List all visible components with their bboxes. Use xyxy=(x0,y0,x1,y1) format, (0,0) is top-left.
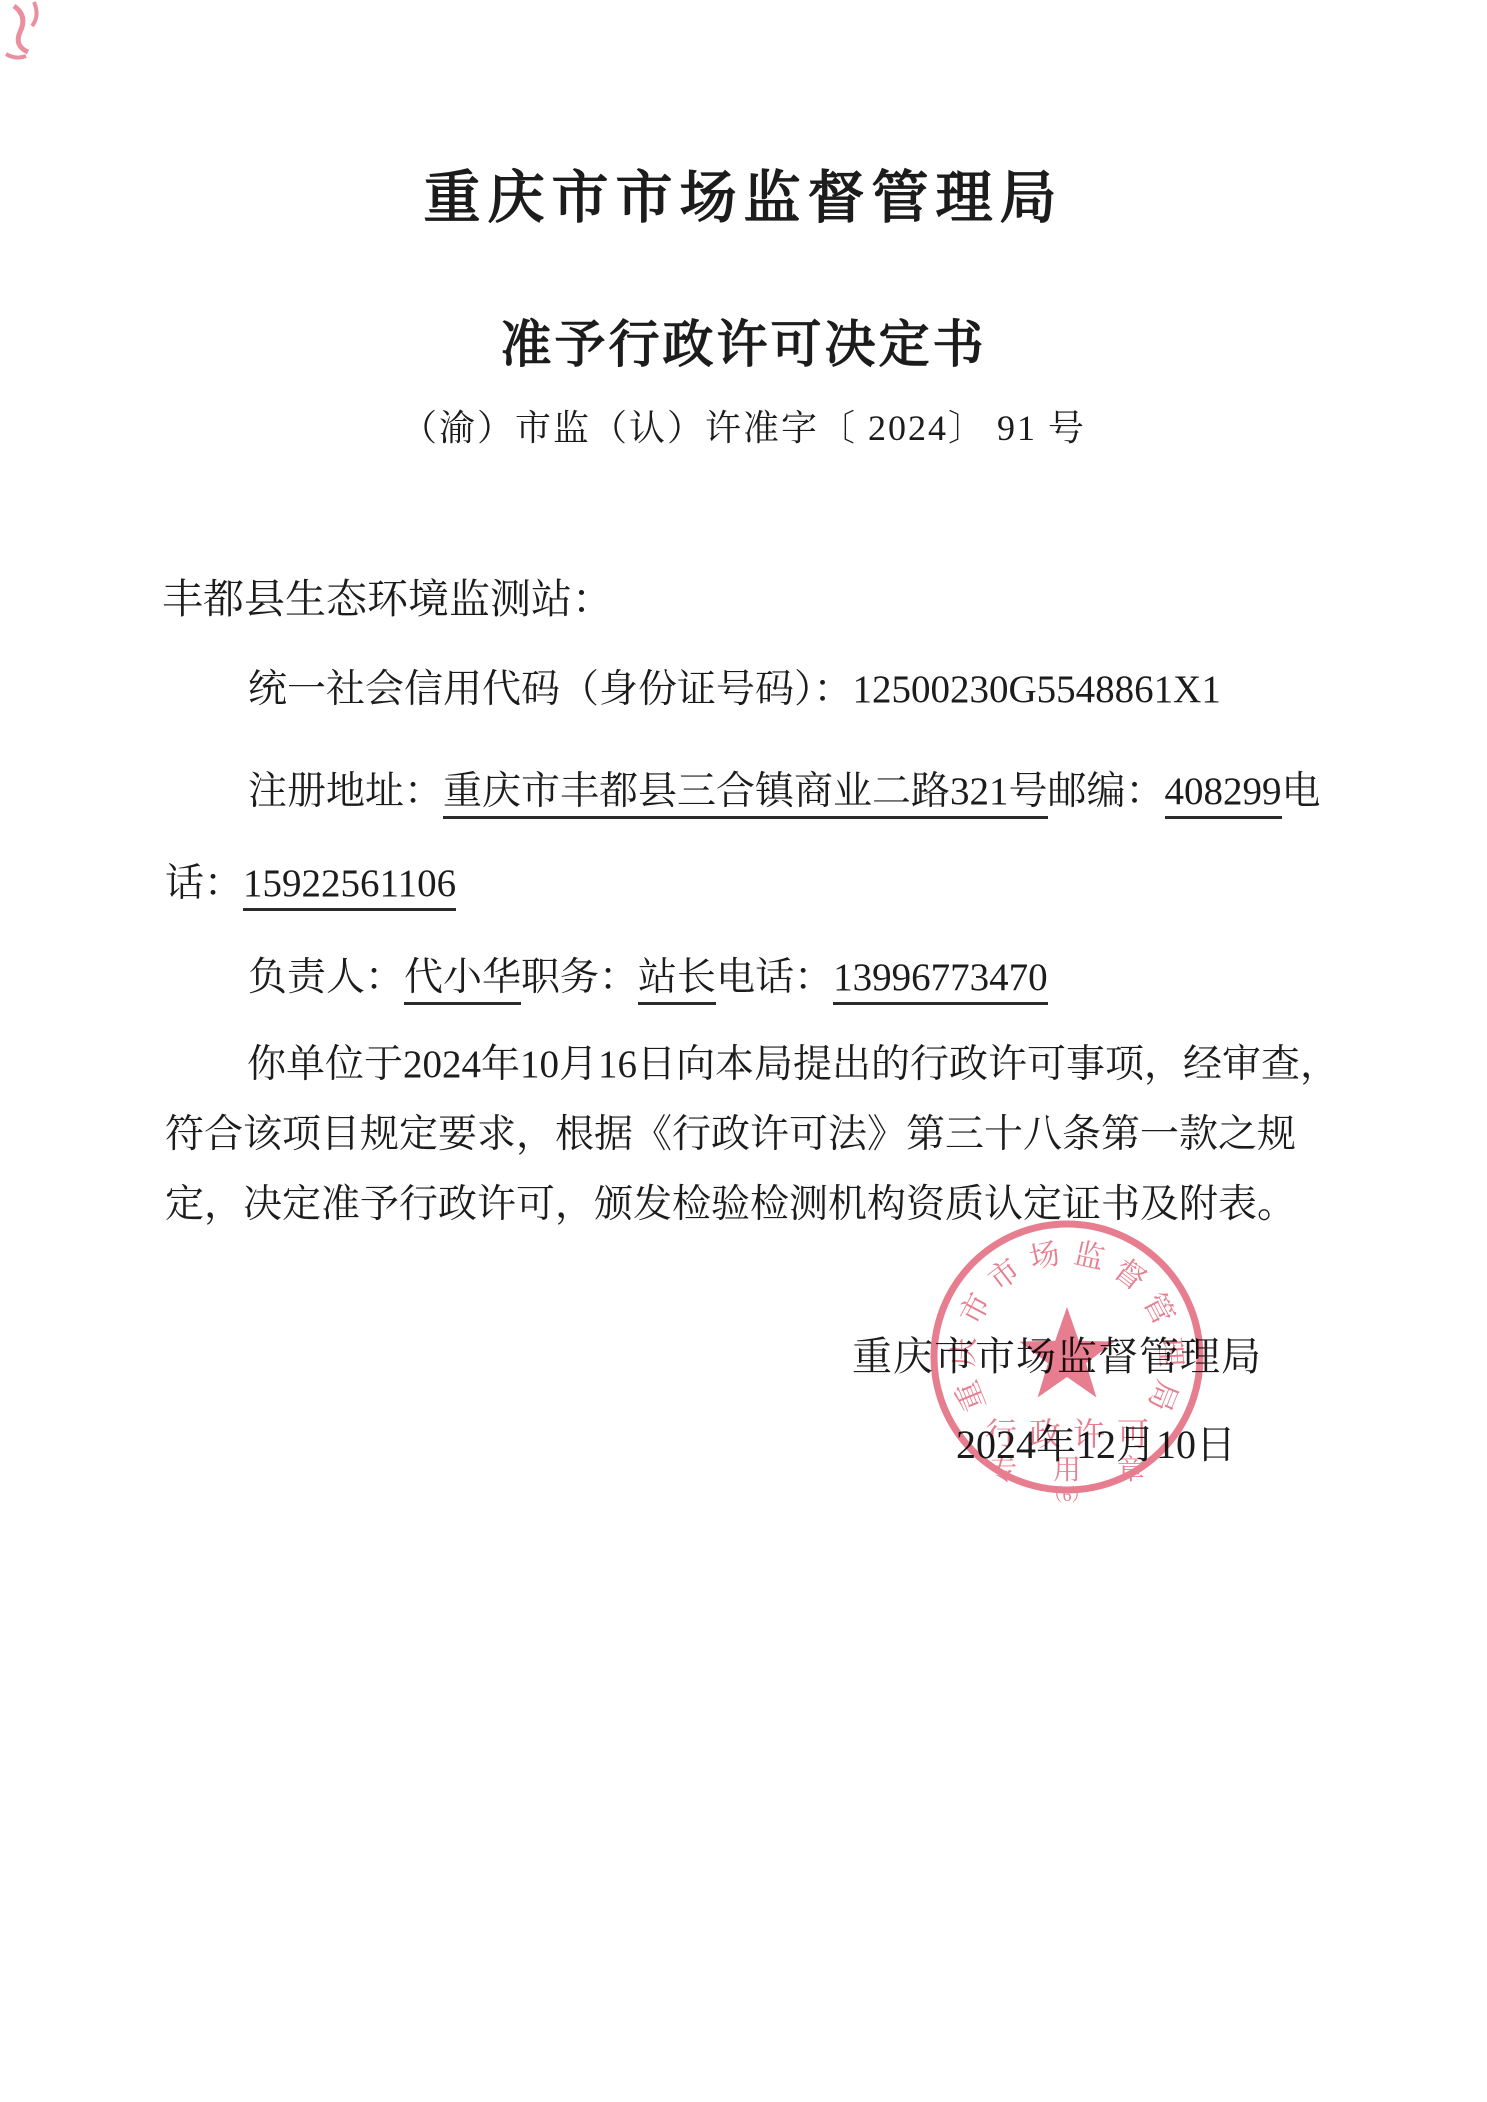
seal-center-text: 行政许可 xyxy=(985,1416,1161,1452)
text-segment: 代小华 xyxy=(404,956,521,1005)
text-segment: 15922561106 xyxy=(243,862,456,911)
text-segment: 408299 xyxy=(1165,770,1282,819)
scan-artifact-marks xyxy=(0,0,120,110)
paragraph-line: 你单位于2024年10月16日向本局提出的行政许可事项，经审查， xyxy=(165,1030,1345,1100)
seal-arc-char: 市 xyxy=(954,1288,997,1330)
text-segment: 13996773470 xyxy=(833,956,1048,1005)
seal-bottom-text: 专用章 xyxy=(989,1454,1181,1486)
seal-arc-char: 场 xyxy=(1027,1237,1063,1276)
license-decision-document: 重庆市市场监督管理局 准予行政许可决定书 （渝）市监（认）许准字〔 2024〕 … xyxy=(0,0,1487,2102)
seal-star-icon xyxy=(1019,1307,1114,1398)
seal-arc-char: 市 xyxy=(983,1253,1027,1297)
seal-arc-char: 管 xyxy=(1137,1288,1180,1330)
text-segment: 注册地址： xyxy=(248,770,443,813)
text-segment: 重庆市丰都县三合镇商业二路321号 xyxy=(443,770,1048,819)
seal-arc-char: 监 xyxy=(1071,1237,1107,1276)
registration-address-line-2: 话：15922561106 xyxy=(165,852,456,908)
official-seal: 重庆市市场监督管理局 行政许可 专用章 （6） xyxy=(917,1207,1217,1507)
addressee: 丰都县生态环境监测站： xyxy=(162,566,613,625)
text-segment: 电话： xyxy=(716,956,833,999)
seal-arc-char: 督 xyxy=(1108,1253,1152,1297)
text-segment: 邮编： xyxy=(1048,770,1165,813)
principal-line: 负责人：代小华职务：站长电话：13996773470 xyxy=(248,946,1048,1002)
text-segment: 站长 xyxy=(638,956,716,1005)
paragraph-line: 符合该项目规定要求，根据《行政许可法》第三十八条第一款之规 xyxy=(165,1100,1345,1170)
document-title: 准予行政许可决定书 xyxy=(0,303,1487,377)
issuing-authority-title: 重庆市市场监督管理局 xyxy=(0,152,1487,234)
seal-arc-char: 重 xyxy=(951,1376,993,1416)
text-segment: 职务： xyxy=(521,956,638,999)
seal-arc-char: 庆 xyxy=(947,1336,981,1368)
text-segment: 话： xyxy=(165,862,243,905)
text-segment: 电 xyxy=(1282,770,1321,813)
credit-code-line: 统一社会信用代码（身份证号码）：12500230G5548861X1 xyxy=(248,658,1221,714)
document-number: （渝）市监（认）许准字〔 2024〕 91 号 xyxy=(0,400,1487,451)
text-segment: 负责人： xyxy=(248,956,404,999)
seal-arc-char: 局 xyxy=(1142,1376,1184,1416)
seal-arc-char: 理 xyxy=(1153,1336,1187,1368)
seal-number: （6） xyxy=(1045,1485,1090,1505)
registration-address-line-1: 注册地址：重庆市丰都县三合镇商业二路321号邮编：408299电 xyxy=(248,760,1321,816)
